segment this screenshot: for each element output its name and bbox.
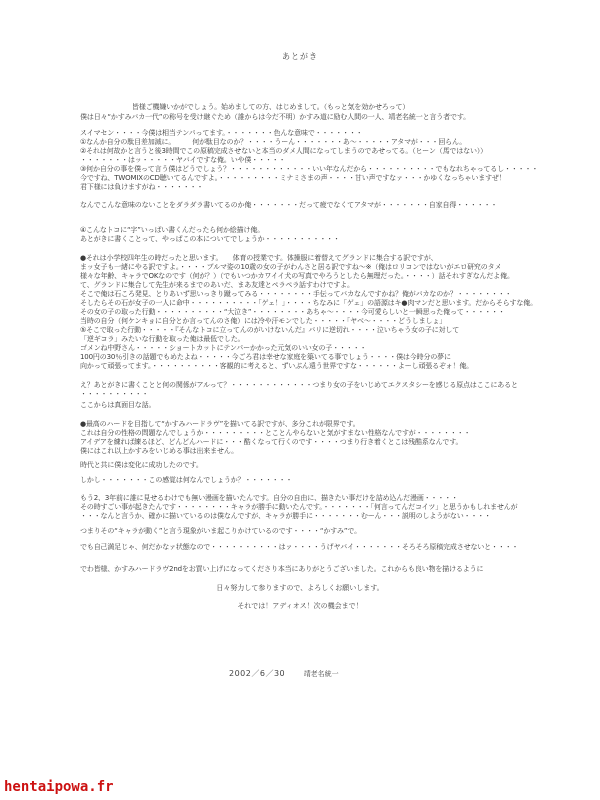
text-line: まッ女子も一緒にやる訳ですよ。・・・・ブルマ姿の10歳の女の子がわんさと居る訳で…	[80, 263, 501, 272]
text-line: でわ皆様、かすみハードラヴ2ndをお買い上げになってくださり本当にありがとうござ…	[80, 565, 483, 574]
text-line: ・・・・・・・・・・	[80, 390, 149, 399]
text-line: つまりその“キャラが動く”と言う現象がいま起こりかけているのです・・・・“かすみ…	[80, 527, 361, 536]
text-line: ゴメンね中野さん・・・・・ショートカットにテンパーかかった元気のいい女の子・・・…	[80, 344, 366, 353]
text-line: ●それは小学校四年生の時だったと思います。 体育の授業です。体操服に着替えてグラ…	[80, 254, 438, 263]
text-line: その女の子の取った行動・・・・・・・・・・“大泣き”・・・・・・・・あちゃ～・・…	[80, 308, 505, 317]
signature: 2002／6／30 靖老名統一	[229, 668, 339, 679]
text-line: あとがきに書くことって、やっぱこの本についてでしょうか・・・・・・・・・・・	[80, 235, 340, 244]
text-line: スイマセン・・・・今僕は相当テンパってます。・・・・・・・色んな意味で・・・・・…	[80, 129, 363, 138]
text-line: 様々な年齢、キャラでOKなのです（何が？）（でもいつかカワイイ犬の写真でやろうと…	[80, 272, 514, 281]
text-line: これは自分の性格の問題なんでしょうか・・・・・・・・・とことんやらないと気がすま…	[80, 429, 470, 438]
text-line: ・・・・・・・はッ・・・・・ヤバイですな俺。いや僕・・・・・	[80, 156, 286, 165]
text-line: ③何か自分の事を僕って言う僕はどうでしょう？・・・・・・・・・・・・いい年なんだ…	[80, 165, 538, 174]
text-line: でも自己満足じゃ、何だかなァ状態なので・・・・・・・・・・はァ・・・・うげヤバイ…	[80, 543, 518, 552]
text-line: 時代と共に僕は変化に成功したのです。	[80, 461, 203, 470]
closing-line: それでは！アディオス！次の機会まで！	[0, 601, 600, 611]
text-line: 「逆ギコラ」みたいな行動を取った俺は最低でした。	[80, 335, 244, 344]
text-line: 皆様ご機嫌いかがでしょう。始めましての方、はじめまして。（もっと気を効かせろって…	[132, 103, 409, 112]
text-line: アイデアを練れば練るほど、どんどんハードに・・・酷くなって行くのです・・・・つま…	[80, 438, 462, 447]
text-line: しかし・・・・・・・この感覚は何なんでしょうか？・・・・・・・	[80, 476, 292, 485]
text-line: 当時の自分（何ケンキョに自分とか言ってんのさ俺）には冷や汗モンでした・・・・・「…	[80, 317, 446, 326]
text-line: ⑤そこで取った行動・・・・・『そんなトコに立ってんのがいけないんだ』バリに逆切れ…	[80, 326, 459, 335]
text-line: そこで俺は石ころ発見、とりあいず思いっきり蹴ってみる・・・・・・・・手伝ってバカ…	[80, 290, 512, 299]
page-title: あとがき	[0, 51, 600, 62]
text-line: 僕は日々“かすみバカ一代”の称号を受け継ぐため（誰からは今だ不明）かすみ道に励む…	[80, 113, 470, 122]
text-line: 僕にはこれ以上かすみをいじめる事は出来ません。	[80, 447, 238, 456]
text-line: ④こんなトコに“字”いっぱい書くんだったら何か絵描け俺。	[80, 226, 264, 235]
document-page: あとがき 皆様ご機嫌いかがでしょう。始めましての方、はじめまして。（もっと気を効…	[0, 0, 600, 800]
watermark: hentaipowa.fr	[4, 779, 114, 795]
text-line: 向かって頑張ってます。・・・・・・・・・・客観的に考えると、ずいぶん遠う世界です…	[80, 362, 473, 371]
text-line: ・・・なんと言うか、確かに描いているのは僕なんですが、キャラが勝手に・・・・・・…	[80, 512, 491, 521]
text-line: そしたらその石が女子の一人に命中・・・・・・・・・・「ゲェ！」・・・・ちなみに「…	[80, 299, 537, 308]
text-line: ②それは何故かと言うと後3時間でこの原稿完成させないと本当のダメ人間になってしま…	[80, 147, 487, 156]
text-line: ①なんか自分の駄目差加減に。 何が駄目なのか？・・・・うーん・・・・・・・あ～・…	[80, 138, 466, 147]
signature-author: 靖老名統一	[304, 670, 339, 678]
text-line: え？あとがきに書くことと何の関係がアルって？・・・・・・・・・・・・つまり女の子…	[80, 381, 518, 390]
text-line: もう2、3年前に誰に見せるわけでも無い漫画を描いたんです。自分の自由に、描きたい…	[80, 494, 458, 503]
text-line: ここからは真面目な話。	[80, 401, 155, 410]
closing-line: 日々努力して参りますので、よろしくお願いします。	[0, 583, 600, 593]
text-line: その時すごい事が起きたんです・・・・・・・・キャラが勝手に動いたんです。・・・・…	[80, 503, 517, 512]
text-line: なんでこんな意味のないことをダラダラ書いてるのか俺・・・・・・・だって疲でなくて…	[80, 201, 497, 210]
text-line: 君下様には負けますがね・・・・・・・	[80, 183, 203, 192]
text-line: 100円の30％引きの話題でもめたよね・・・・・今ごろ君は幸せな家庭を築いてる事…	[80, 353, 451, 362]
text-line: て、グランドに集合して先生が来るまでのあいだ、まあ友達とペラペラ話すわけですよ。	[80, 281, 354, 290]
signature-date: 2002／6／30	[229, 669, 285, 678]
text-line: 今ですね、TWOMIXのCD聴いてるんですよ。・・・・・・・・・ミナミさまの声・…	[80, 174, 506, 183]
text-line: ●最高のハードを目指して“かすみハードラヴ”を描いてる訳ですが、多分これが限界で…	[80, 420, 360, 429]
